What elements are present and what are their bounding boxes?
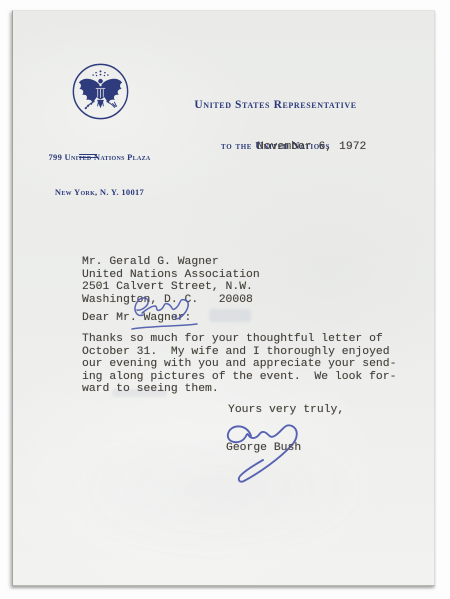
letterhead-title-line1: United States Representative [168,98,383,112]
office-address-line1: 799 United Nations Plaza [27,152,172,164]
ink-offset-artifact [209,309,251,322]
recipient-line: 2501 Calvert Street, N.W. [82,281,253,294]
recipient-line: United Nations Association [82,269,260,282]
letter-paper: United States Representative to the Unit… [12,10,435,586]
body-line: our evening with you and appreciate your… [82,358,396,371]
letterhead-rule [79,154,97,158]
scan-background: United States Representative to the Unit… [0,0,450,599]
body-line: Thanks so much for your thoughtful lette… [82,333,383,346]
bleed-through-artifact [83,441,373,561]
body-line: October 31. My wife and I thoroughly enj… [82,346,390,359]
letter-date: November 6, 1972 [257,141,366,154]
body-line: ward to seeing them. [82,383,219,396]
recipient-line: Mr. Gerald G. Wagner [82,256,219,269]
great-seal-icon [71,62,130,121]
letterhead-office-address: 799 United Nations Plaza New York, N. Y.… [27,129,172,221]
closing: Yours very truly, [228,404,344,417]
office-address-line2: New York, N. Y. 10017 [27,187,172,199]
salutation: Dear Mr. Wagner: [82,312,191,325]
body-line: ing along pictures of the event. We look… [82,371,396,384]
letterhead-title: United States Representative to the Unit… [168,70,383,182]
typed-signature: George Bush [226,442,301,455]
recipient-line: Washington, D. C. 20008 [82,294,253,307]
